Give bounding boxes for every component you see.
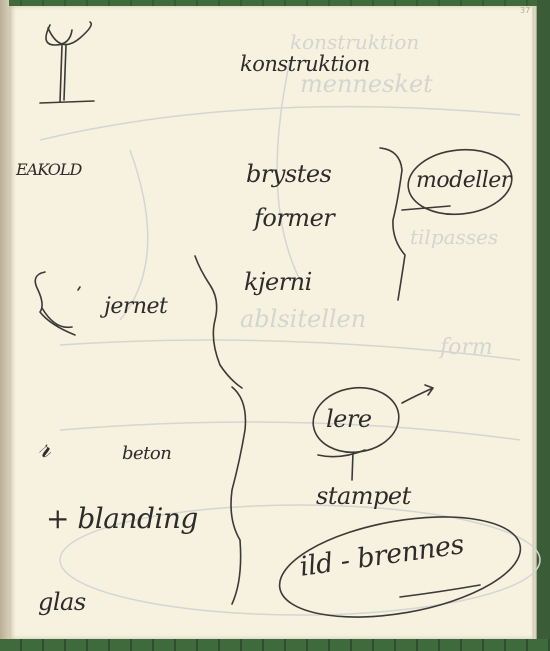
squiggle-sketch-icon: [35, 272, 80, 335]
scribble-mark: 𝓇: [38, 430, 50, 465]
note-word: stampet: [316, 482, 411, 510]
list-item: brystes: [246, 160, 331, 188]
goblet-sketch-icon: [40, 22, 94, 103]
list-item: kjerni: [244, 268, 312, 296]
ink-strokes: [0, 0, 550, 651]
circled-word: lere: [326, 405, 372, 433]
arrow-stroke: [402, 385, 433, 403]
list-item: former: [254, 204, 334, 232]
bracket-stroke: [231, 387, 245, 604]
list-item: beton: [122, 443, 171, 464]
footer-word: glas: [38, 588, 86, 616]
circled-word: modeller: [416, 168, 511, 193]
list-item: + blanding: [46, 502, 198, 535]
label-eakold: EAKOLD: [16, 160, 81, 179]
note-word: jernet: [104, 294, 167, 319]
bracket-stroke: [380, 148, 405, 300]
heading-word: konstruktion: [240, 52, 370, 76]
bracket-stroke: [195, 256, 242, 388]
